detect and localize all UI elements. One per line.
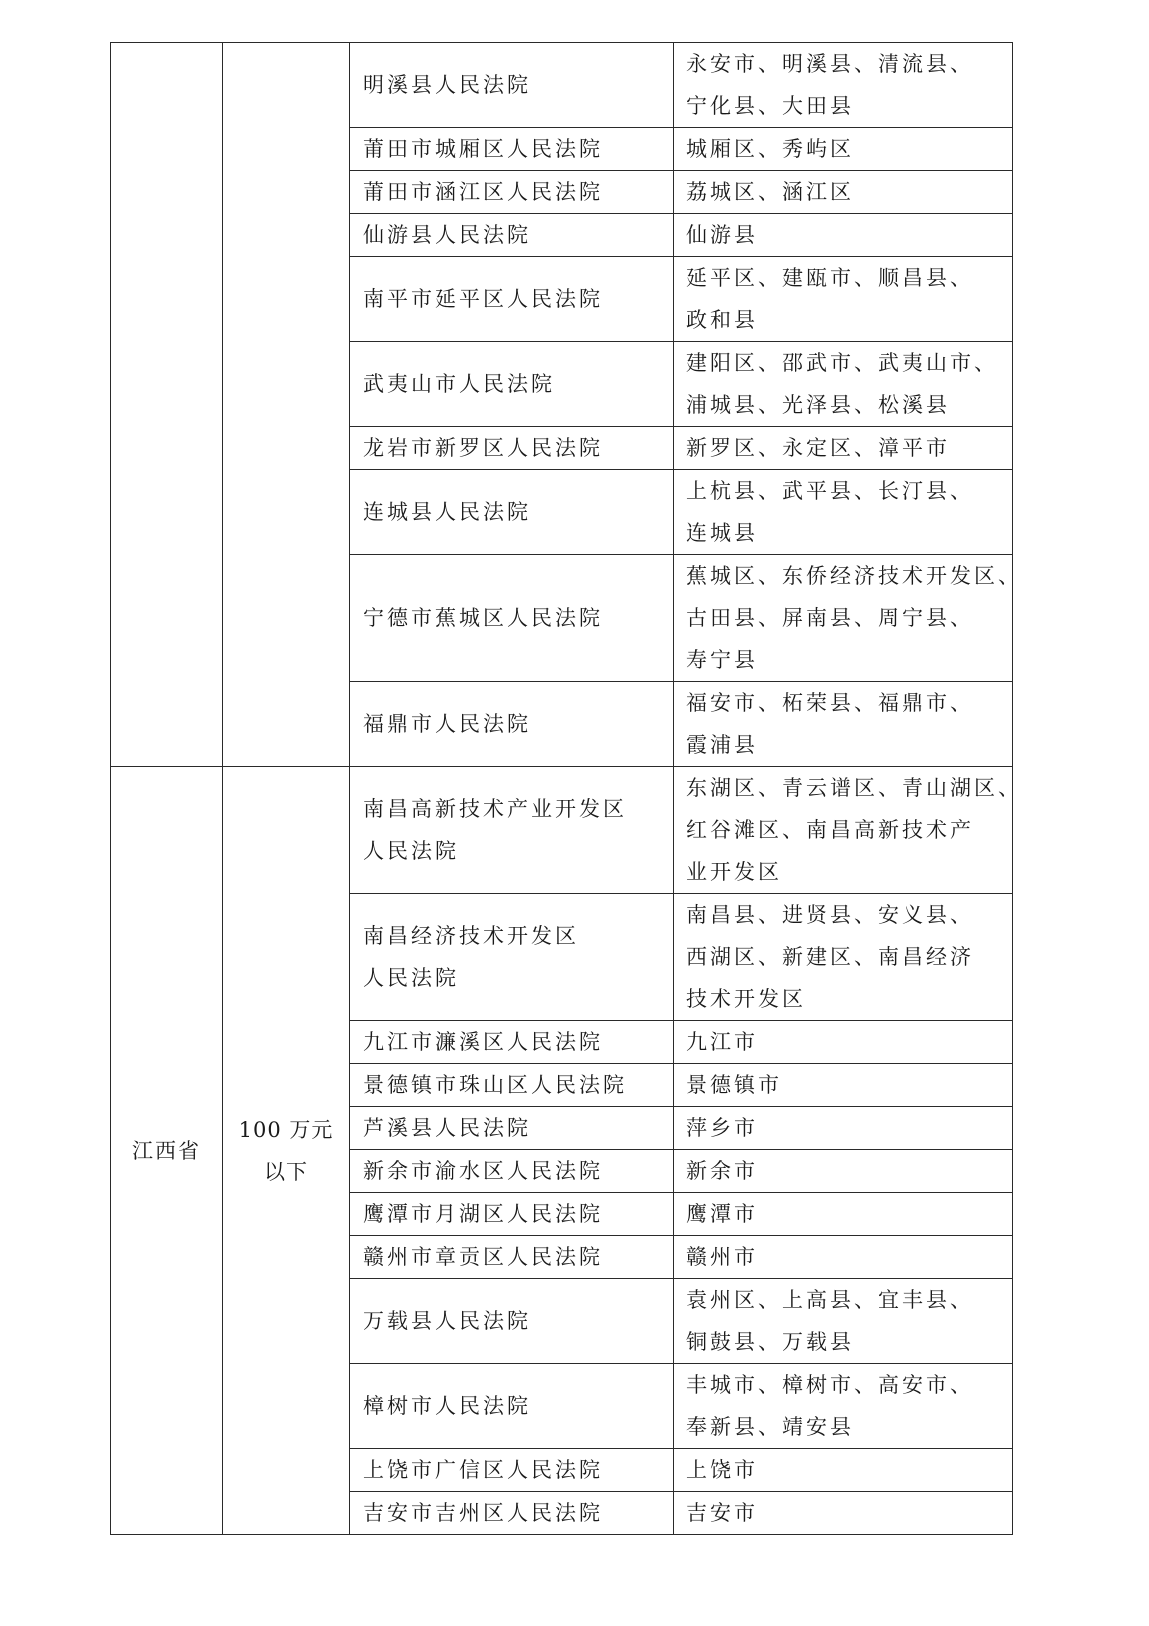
court-name: 莆田市涵江区人民法院: [363, 171, 673, 213]
court-cell: 南平市延平区人民法院: [350, 257, 674, 342]
jurisdiction-cell: 荔城区、涵江区: [674, 171, 1013, 214]
jurisdiction-area: 技术开发区: [686, 978, 1012, 1020]
jurisdiction-area: 连城县: [686, 512, 1012, 554]
court-cell: 九江市濂溪区人民法院: [350, 1021, 674, 1064]
province-label: 江西省: [111, 1130, 222, 1172]
jurisdiction-area: 建阳区、邵武市、武夷山市、: [686, 342, 1012, 384]
jurisdiction-area: 业开发区: [686, 851, 1012, 893]
jurisdiction-cell: 上杭县、武平县、长汀县、连城县: [674, 470, 1013, 555]
jurisdiction-area: 红谷滩区、南昌高新技术产: [686, 809, 1012, 851]
jurisdiction-cell: 南昌县、进贤县、安义县、西湖区、新建区、南昌经济技术开发区: [674, 894, 1013, 1021]
jurisdiction-area: 福安市、柘荣县、福鼎市、: [686, 682, 1012, 724]
court-name: 福鼎市人民法院: [363, 703, 673, 745]
province-cell: 江西省: [111, 767, 223, 1535]
court-cell: 吉安市吉州区人民法院: [350, 1492, 674, 1535]
jurisdiction-cell: 新余市: [674, 1150, 1013, 1193]
court-name: 万载县人民法院: [363, 1300, 673, 1342]
court-name: 连城县人民法院: [363, 491, 673, 533]
court-cell: 芦溪县人民法院: [350, 1107, 674, 1150]
table-body: 明溪县人民法院永安市、明溪县、清流县、宁化县、大田县莆田市城厢区人民法院城厢区、…: [111, 43, 1013, 1535]
jurisdiction-area: 奉新县、靖安县: [686, 1406, 1012, 1448]
jurisdiction-cell: 鹰潭市: [674, 1193, 1013, 1236]
jurisdiction-cell: 丰城市、樟树市、高安市、奉新县、靖安县: [674, 1364, 1013, 1449]
amount-label: 以下: [223, 1151, 349, 1193]
jurisdiction-cell: 东湖区、青云谱区、青山湖区、红谷滩区、南昌高新技术产业开发区: [674, 767, 1013, 894]
jurisdiction-cell: 九江市: [674, 1021, 1013, 1064]
court-cell: 连城县人民法院: [350, 470, 674, 555]
jurisdiction-area: 铜鼓县、万载县: [686, 1321, 1012, 1363]
jurisdiction-cell: 袁州区、上高县、宜丰县、铜鼓县、万载县: [674, 1279, 1013, 1364]
court-cell: 宁德市蕉城区人民法院: [350, 555, 674, 682]
court-cell: 樟树市人民法院: [350, 1364, 674, 1449]
court-name: 芦溪县人民法院: [363, 1107, 673, 1149]
court-name: 人民法院: [363, 830, 673, 872]
jurisdiction-area: 浦城县、光泽县、松溪县: [686, 384, 1012, 426]
jurisdiction-area: 寿宁县: [686, 639, 1012, 681]
court-name: 上饶市广信区人民法院: [363, 1449, 673, 1491]
court-cell: 上饶市广信区人民法院: [350, 1449, 674, 1492]
jurisdiction-area: 永安市、明溪县、清流县、: [686, 43, 1012, 85]
court-name: 南昌经济技术开发区: [363, 915, 673, 957]
court-name: 新余市渝水区人民法院: [363, 1150, 673, 1192]
court-name: 景德镇市珠山区人民法院: [363, 1064, 673, 1106]
jurisdiction-area: 赣州市: [686, 1236, 1012, 1278]
court-name: 赣州市章贡区人民法院: [363, 1236, 673, 1278]
court-cell: 鹰潭市月湖区人民法院: [350, 1193, 674, 1236]
jurisdiction-area: 鹰潭市: [686, 1193, 1012, 1235]
court-cell: 万载县人民法院: [350, 1279, 674, 1364]
court-name: 南平市延平区人民法院: [363, 278, 673, 320]
jurisdiction-area: 新余市: [686, 1150, 1012, 1192]
jurisdiction-area: 荔城区、涵江区: [686, 171, 1012, 213]
court-cell: 南昌高新技术产业开发区人民法院: [350, 767, 674, 894]
court-name: 莆田市城厢区人民法院: [363, 128, 673, 170]
jurisdiction-area: 景德镇市: [686, 1064, 1012, 1106]
jurisdiction-area: 仙游县: [686, 214, 1012, 256]
jurisdiction-area: 政和县: [686, 299, 1012, 341]
jurisdiction-area: 吉安市: [686, 1492, 1012, 1534]
jurisdiction-cell: 蕉城区、东侨经济技术开发区、古田县、屏南县、周宁县、寿宁县: [674, 555, 1013, 682]
court-jurisdiction-table: 明溪县人民法院永安市、明溪县、清流县、宁化县、大田县莆田市城厢区人民法院城厢区、…: [110, 42, 1013, 1535]
court-cell: 武夷山市人民法院: [350, 342, 674, 427]
jurisdiction-cell: 福安市、柘荣县、福鼎市、霞浦县: [674, 682, 1013, 767]
court-name: 龙岩市新罗区人民法院: [363, 427, 673, 469]
jurisdiction-area: 萍乡市: [686, 1107, 1012, 1149]
jurisdiction-area: 上杭县、武平县、长汀县、: [686, 470, 1012, 512]
court-name: 明溪县人民法院: [363, 64, 673, 106]
jurisdiction-area: 古田县、屏南县、周宁县、: [686, 597, 1012, 639]
court-name: 武夷山市人民法院: [363, 363, 673, 405]
jurisdiction-area: 西湖区、新建区、南昌经济: [686, 936, 1012, 978]
jurisdiction-area: 东湖区、青云谱区、青山湖区、: [686, 767, 1012, 809]
court-name: 九江市濂溪区人民法院: [363, 1021, 673, 1063]
court-cell: 景德镇市珠山区人民法院: [350, 1064, 674, 1107]
jurisdiction-area: 九江市: [686, 1021, 1012, 1063]
jurisdiction-cell: 赣州市: [674, 1236, 1013, 1279]
court-cell: 赣州市章贡区人民法院: [350, 1236, 674, 1279]
jurisdiction-area: 袁州区、上高县、宜丰县、: [686, 1279, 1012, 1321]
jurisdiction-area: 延平区、建瓯市、顺昌县、: [686, 257, 1012, 299]
jurisdiction-area: 南昌县、进贤县、安义县、: [686, 894, 1012, 936]
jurisdiction-area: 上饶市: [686, 1449, 1012, 1491]
jurisdiction-area: 新罗区、永定区、漳平市: [686, 427, 1012, 469]
jurisdiction-area: 蕉城区、东侨经济技术开发区、: [686, 555, 1012, 597]
court-name: 吉安市吉州区人民法院: [363, 1492, 673, 1534]
jurisdiction-area: 宁化县、大田县: [686, 85, 1012, 127]
table-row: 明溪县人民法院永安市、明溪县、清流县、宁化县、大田县: [111, 43, 1013, 128]
jurisdiction-area: 城厢区、秀屿区: [686, 128, 1012, 170]
court-cell: 福鼎市人民法院: [350, 682, 674, 767]
amount-cell: [223, 43, 350, 767]
court-name: 鹰潭市月湖区人民法院: [363, 1193, 673, 1235]
table-row: 江西省100 万元以下南昌高新技术产业开发区人民法院东湖区、青云谱区、青山湖区、…: [111, 767, 1013, 894]
court-name: 人民法院: [363, 957, 673, 999]
court-cell: 明溪县人民法院: [350, 43, 674, 128]
amount-cell: 100 万元以下: [223, 767, 350, 1535]
court-cell: 莆田市涵江区人民法院: [350, 171, 674, 214]
jurisdiction-cell: 萍乡市: [674, 1107, 1013, 1150]
jurisdiction-cell: 吉安市: [674, 1492, 1013, 1535]
court-cell: 仙游县人民法院: [350, 214, 674, 257]
court-name: 仙游县人民法院: [363, 214, 673, 256]
jurisdiction-cell: 景德镇市: [674, 1064, 1013, 1107]
province-cell: [111, 43, 223, 767]
jurisdiction-cell: 建阳区、邵武市、武夷山市、浦城县、光泽县、松溪县: [674, 342, 1013, 427]
court-name: 樟树市人民法院: [363, 1385, 673, 1427]
court-name: 宁德市蕉城区人民法院: [363, 597, 673, 639]
amount-label: 100 万元: [223, 1109, 349, 1151]
jurisdiction-cell: 新罗区、永定区、漳平市: [674, 427, 1013, 470]
jurisdiction-area: 丰城市、樟树市、高安市、: [686, 1364, 1012, 1406]
jurisdiction-cell: 永安市、明溪县、清流县、宁化县、大田县: [674, 43, 1013, 128]
jurisdiction-cell: 城厢区、秀屿区: [674, 128, 1013, 171]
court-name: 南昌高新技术产业开发区: [363, 788, 673, 830]
jurisdiction-cell: 仙游县: [674, 214, 1013, 257]
court-cell: 新余市渝水区人民法院: [350, 1150, 674, 1193]
jurisdiction-cell: 延平区、建瓯市、顺昌县、政和县: [674, 257, 1013, 342]
jurisdiction-area: 霞浦县: [686, 724, 1012, 766]
court-cell: 南昌经济技术开发区人民法院: [350, 894, 674, 1021]
jurisdiction-cell: 上饶市: [674, 1449, 1013, 1492]
court-cell: 莆田市城厢区人民法院: [350, 128, 674, 171]
court-cell: 龙岩市新罗区人民法院: [350, 427, 674, 470]
